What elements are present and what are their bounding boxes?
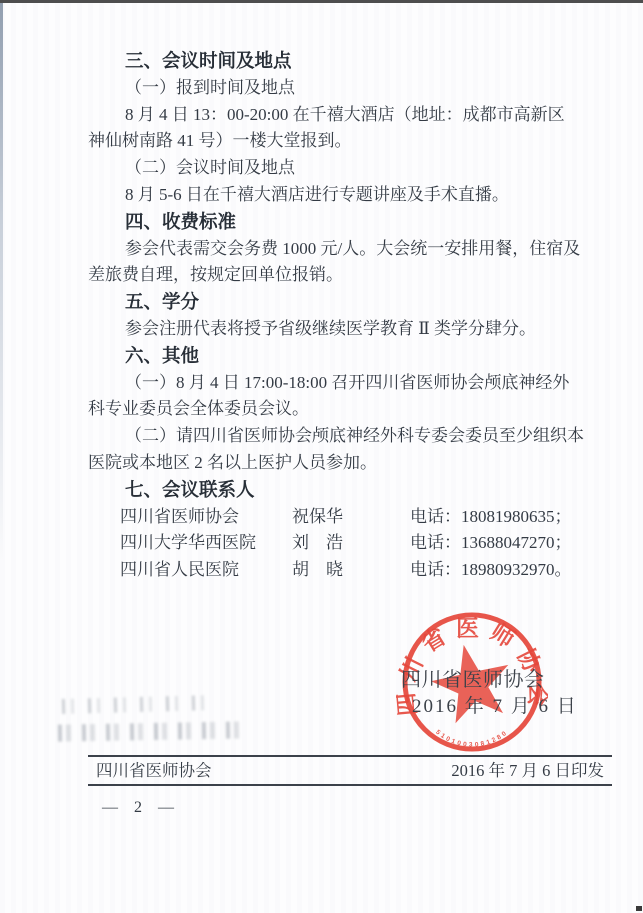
footer-rule-top [88, 755, 612, 757]
doc-line: 参会代表需交会务费 1000 元/人。大会统一安排用餐，住宿及 [88, 236, 574, 263]
doc-line: 8 月 5-6 日在千禧大酒店进行专题讲座及手术直播。 [88, 182, 574, 209]
ink-smudge [58, 721, 246, 741]
doc-line: 8 月 4 日 13：00-20:00 在千禧大酒店（地址：成都市高新区 [88, 102, 574, 129]
contact-row: 四川省人民医院 胡 晓 电话：18980932970。 [88, 557, 574, 584]
contact-org: 四川省人民医院 [88, 557, 292, 584]
section-heading-5: 五、学分 [88, 289, 574, 316]
scan-edge-left [0, 3, 3, 563]
signature-org: 四川省医师协会 [401, 663, 545, 692]
page-number: — 2 — [102, 799, 180, 817]
contact-phone: 电话：18081980635； [410, 504, 572, 531]
scanned-document-page: 三、会议时间及地点 （一）报到时间及地点 8 月 4 日 13：00-20:00… [0, 0, 643, 913]
section-heading-7: 七、会议联系人 [88, 477, 574, 504]
doc-line: （二）会议时间及地点 [88, 155, 574, 182]
ink-smudge [62, 695, 214, 714]
doc-line: 差旅费自理，按规定回单位报销。 [88, 262, 574, 289]
scan-edge-top [0, 0, 643, 3]
doc-line: （一）8 月 4 日 17:00-18:00 召开四川省医师协会颅底神经外 [88, 370, 574, 397]
contact-name: 祝保华 [292, 504, 410, 531]
contact-row: 四川大学华西医院 刘 浩 电话：13688047270； [88, 530, 574, 557]
footer-rule-bottom [88, 784, 612, 786]
section-heading-3: 三、会议时间及地点 [88, 48, 574, 75]
contact-name: 胡 晓 [292, 557, 410, 584]
doc-line: 科专业委员会全体委员会议。 [88, 396, 574, 423]
doc-line: （一）报到时间及地点 [88, 75, 574, 102]
doc-line: （二）请四川省医师协会颅底神经外科专委会委员至少组织本 [88, 423, 574, 450]
section-heading-4: 四、收费标准 [88, 209, 574, 236]
footer: 四川省医师协会 2016 年 7 月 6 日印发 [96, 759, 604, 783]
contact-name: 刘 浩 [292, 530, 410, 557]
doc-line: 参会注册代表将授予省级继续医学教育 Ⅱ 类学分肆分。 [88, 316, 574, 343]
contact-org: 四川省医师协会 [88, 504, 292, 531]
doc-line: 神仙树南路 41 号）一楼大堂报到。 [88, 128, 574, 155]
footer-issuer: 四川省医师协会 [96, 759, 212, 783]
document-body: 三、会议时间及地点 （一）报到时间及地点 8 月 4 日 13：00-20:00… [88, 48, 574, 584]
contact-phone: 电话：18980932970。 [410, 557, 572, 584]
contact-phone: 电话：13688047270； [410, 530, 572, 557]
contact-org: 四川大学华西医院 [88, 530, 292, 557]
section-heading-6: 六、其他 [88, 343, 574, 370]
scan-corner-artifact [636, 906, 642, 911]
signature-date: 2016 年 7 月 6 日 [412, 691, 578, 718]
doc-line: 医院或本地区 2 名以上医护人员参加。 [88, 450, 574, 477]
contact-row: 四川省医师协会 祝保华 电话：18081980635； [88, 504, 574, 531]
footer-print-date: 2016 年 7 月 6 日印发 [451, 759, 604, 783]
